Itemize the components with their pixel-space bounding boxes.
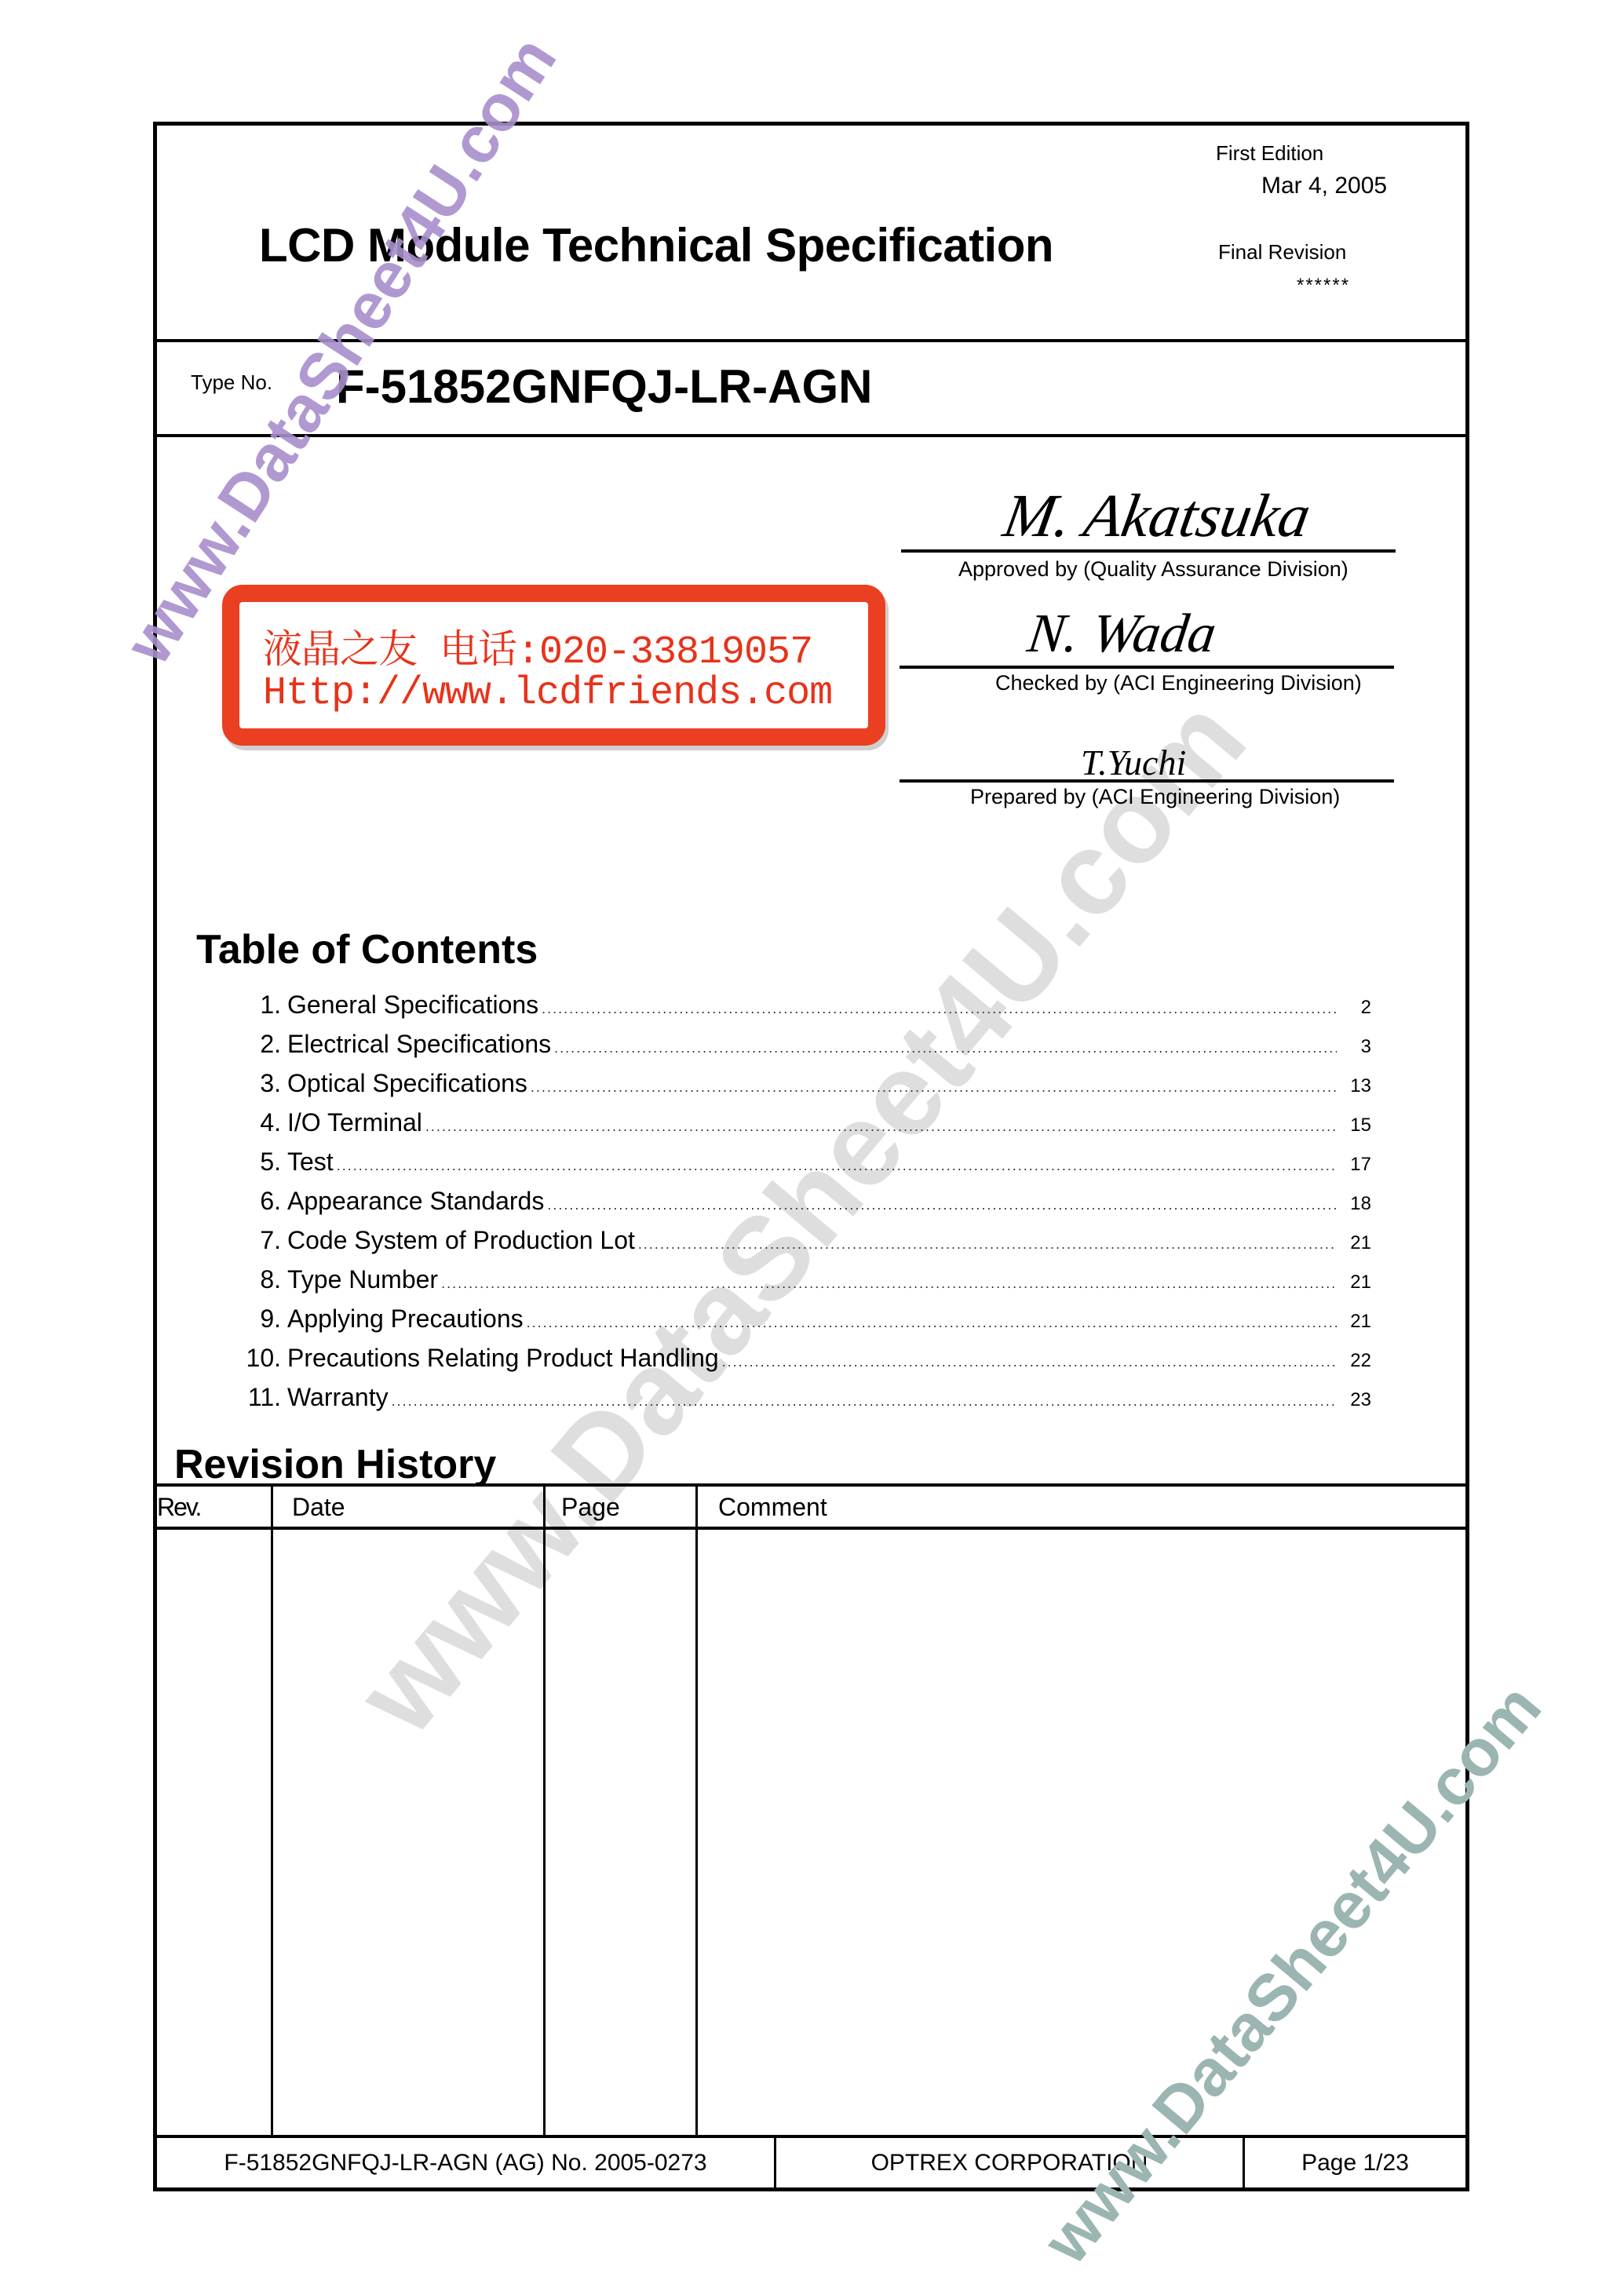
approved-by-caption: Approved by (Quality Assurance Division) [958,557,1348,582]
toc-item-page: 21 [1340,1232,1371,1254]
toc-item-number: 8. [235,1265,287,1294]
signature-line [900,666,1394,669]
footer-company: OPTREX CORPORATION [776,2136,1243,2190]
contact-stamp: 液晶之友 电话:020-33819057 Http://www.lcdfrien… [222,585,885,746]
signature-line [900,779,1394,783]
toc-leader-dots: ........................................… [722,1354,1337,1370]
table-top-border [153,1483,1469,1487]
signature-prepared: T.Yuchi [1081,742,1186,783]
column-header-date: Date [292,1493,345,1522]
toc-item-title: Test [287,1147,334,1177]
divider [153,339,1469,342]
toc-item[interactable]: 1.General Specifications................… [235,991,1371,1022]
toc-item-page: 3 [1340,1036,1371,1058]
toc-item-page: 21 [1340,1272,1371,1293]
toc-item-number: 6. [235,1187,287,1216]
toc-leader-dots: ........................................… [542,1001,1337,1017]
toc-item-title: Warranty [287,1383,389,1412]
column-header-comment: Comment [718,1493,827,1522]
toc-leader-dots: ........................................… [527,1315,1337,1331]
toc-item-page: 2 [1340,997,1371,1019]
toc-item-title: Electrical Specifications [287,1030,551,1059]
column-header-page: Page [561,1493,620,1522]
toc-leader-dots: ........................................… [392,1393,1337,1410]
document-title: LCD Module Technical Specification [259,218,1053,272]
column-divider [271,1483,273,2136]
toc-item-number: 1. [235,991,287,1020]
toc-item-title: Applying Precautions [287,1304,524,1334]
toc-item-page: 15 [1340,1115,1371,1137]
toc-item-title: Precautions Relating Product Handling [287,1344,719,1373]
type-no-label: Type No. [191,370,272,395]
toc-item[interactable]: 4.I/O Terminal..........................… [235,1108,1371,1140]
toc-leader-dots: ........................................… [425,1118,1337,1135]
toc-leader-dots: ........................................… [638,1236,1337,1253]
toc-item-number: 5. [235,1147,287,1177]
toc-item-page: 22 [1340,1350,1371,1372]
column-header-rev: Rev. [157,1493,200,1522]
toc-item-number: 7. [235,1226,287,1255]
prepared-by-caption: Prepared by (ACI Engineering Division) [970,785,1340,809]
toc-item-page: 21 [1340,1311,1371,1333]
first-edition-date: Mar 4, 2005 [1261,173,1387,199]
toc-leader-dots: ........................................… [531,1079,1337,1096]
stamp-url-line[interactable]: Http://www.lcdfriends.com [263,671,832,716]
final-revision-value: ****** [1297,275,1350,297]
toc-item[interactable]: 8.Type Number...........................… [235,1265,1371,1297]
toc-item-number: 10. [235,1344,287,1373]
stamp-phone-line: 液晶之友 电话:020-33819057 [263,618,812,675]
table-header-border [153,1527,1469,1530]
toc-item[interactable]: 2.Electrical Specifications.............… [235,1030,1371,1061]
toc-leader-dots: ........................................… [547,1197,1337,1213]
toc-title: Table of Contents [196,926,538,973]
footer-page-number: Page 1/23 [1245,2136,1465,2190]
signature-line [901,549,1396,553]
column-divider [543,1483,546,2136]
toc-item-page: 17 [1340,1154,1371,1176]
toc-leader-dots: ........................................… [337,1158,1337,1174]
toc-item-title: Code System of Production Lot [287,1226,635,1255]
toc-item-number: 3. [235,1069,287,1098]
toc-leader-dots: ........................................… [554,1040,1337,1056]
toc-item[interactable]: 10.Precautions Relating Product Handling… [235,1344,1371,1375]
divider [153,434,1469,437]
toc-leader-dots: ........................................… [441,1275,1337,1292]
toc-item-number: 9. [235,1304,287,1334]
toc-item[interactable]: 7.Code System of Production Lot.........… [235,1226,1371,1257]
toc-item-number: 2. [235,1030,287,1059]
toc-item[interactable]: 11.Warranty.............................… [235,1383,1371,1414]
toc-item[interactable]: 6.Appearance Standards..................… [235,1187,1371,1218]
column-divider [695,1483,698,2136]
first-edition-label: First Edition [1216,141,1323,166]
signature-approved: M. Akatsuka [998,480,1316,551]
toc-item[interactable]: 5.Test..................................… [235,1147,1371,1179]
toc-item-page: 13 [1340,1075,1371,1097]
toc-item-number: 11. [235,1383,287,1412]
revision-history-title: Revision History [174,1441,496,1488]
signature-checked: N. Wada [1024,603,1220,666]
final-revision-label: Final Revision [1218,240,1346,265]
toc-item-number: 4. [235,1108,287,1137]
toc-item-title: Optical Specifications [287,1069,527,1098]
footer-doc-number: F-51852GNFQJ-LR-AGN (AG) No. 2005-0273 [157,2136,774,2190]
toc-item-title: Appearance Standards [287,1187,544,1216]
checked-by-caption: Checked by (ACI Engineering Division) [995,671,1362,695]
toc-item-title: I/O Terminal [287,1108,422,1137]
toc-item-title: General Specifications [287,991,538,1020]
toc-item[interactable]: 9.Applying Precautions..................… [235,1304,1371,1336]
toc-item[interactable]: 3.Optical Specifications................… [235,1069,1371,1100]
toc-item-title: Type Number [287,1265,438,1294]
toc-item-page: 18 [1340,1193,1371,1215]
toc-item-page: 23 [1340,1389,1371,1411]
type-no-value: F-51852GNFQJ-LR-AGN [336,359,872,414]
